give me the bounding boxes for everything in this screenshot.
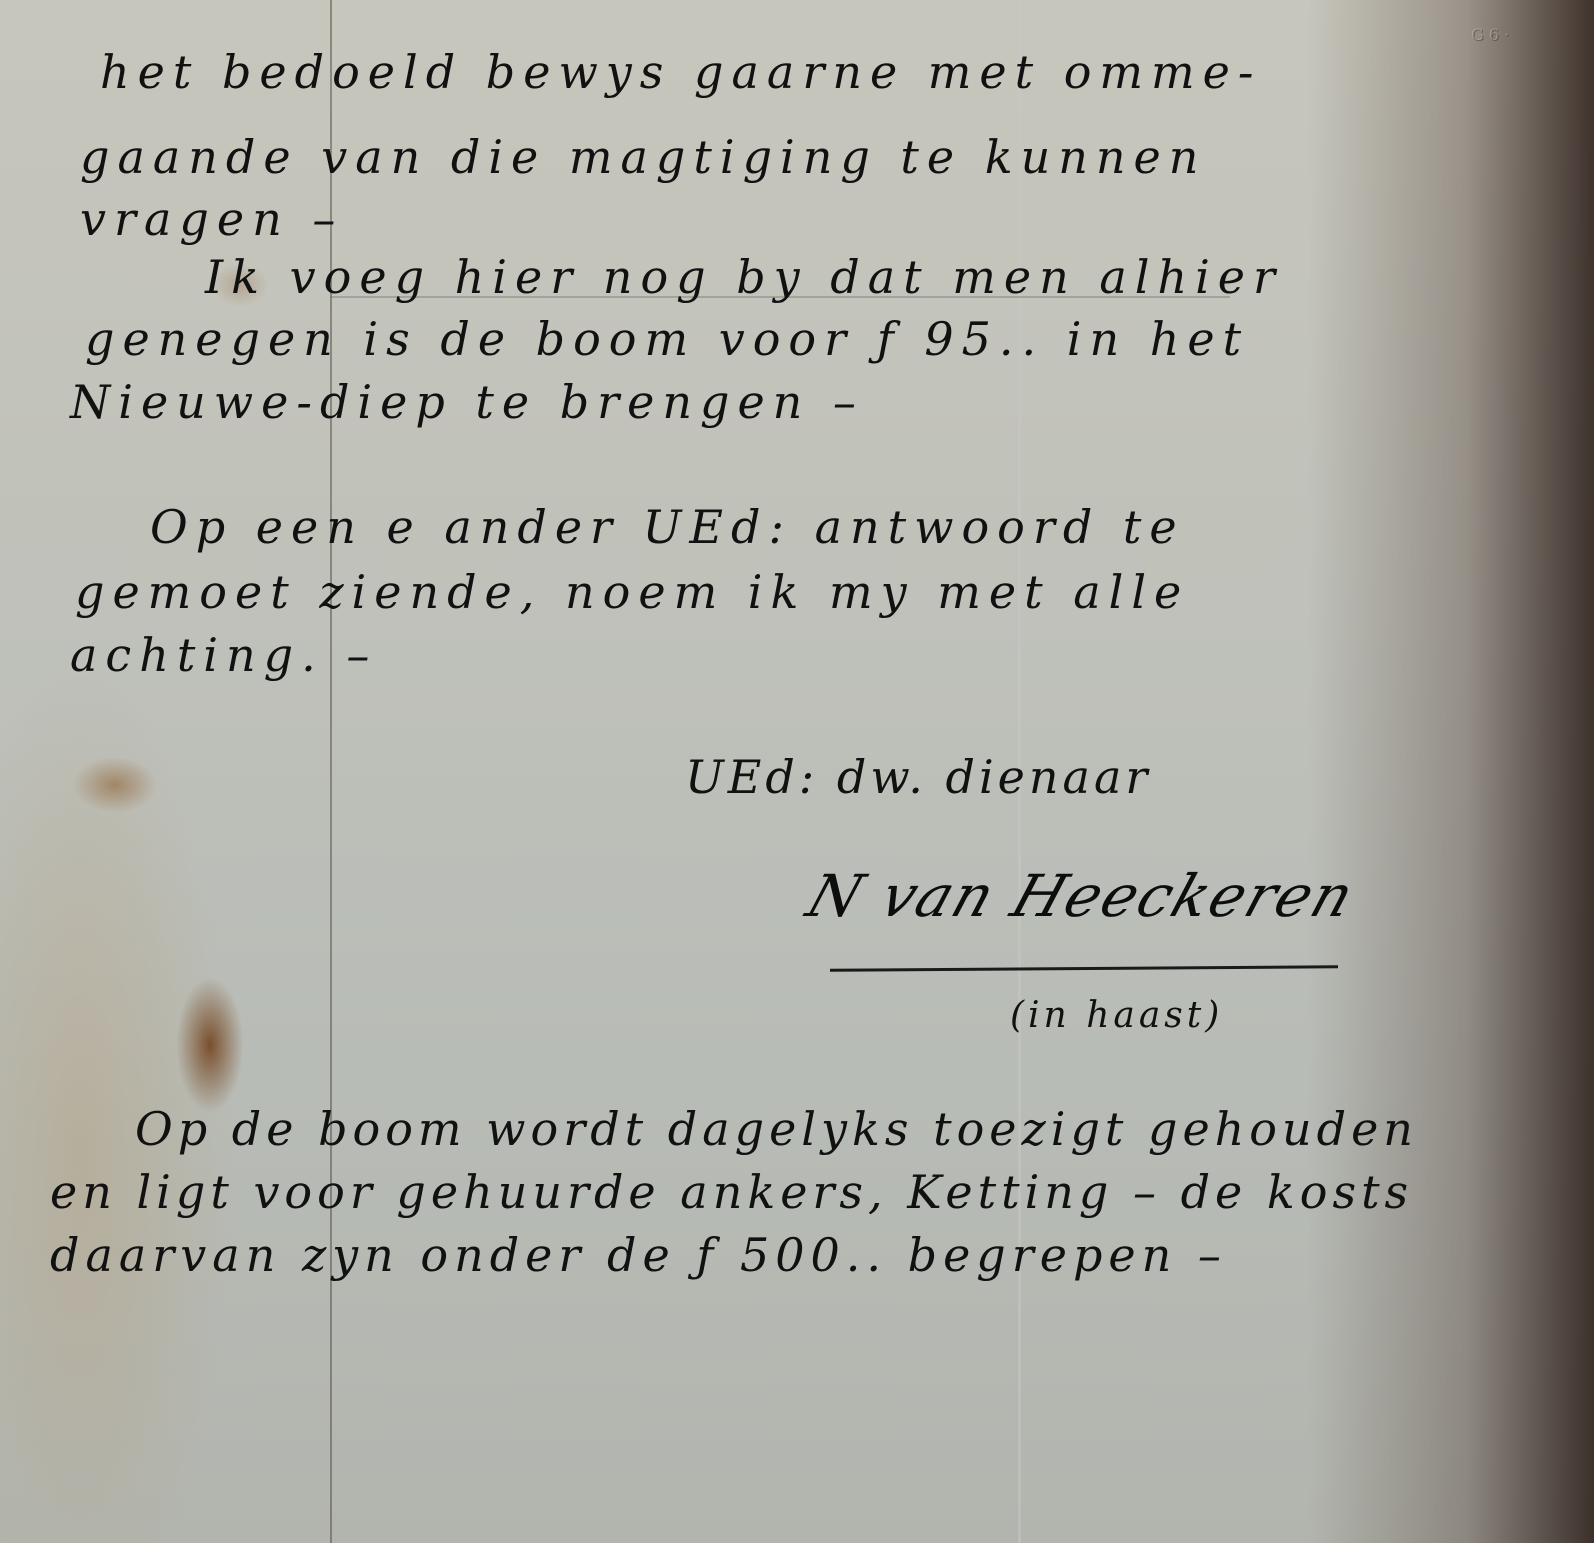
signature-note: (in haast) (1010, 995, 1223, 1036)
body-line-1: het bedoeld bewys gaarne met omme- (100, 45, 1261, 99)
embossed-stamp: G 6 · (1430, 20, 1550, 120)
signature: N van Heeckeren (799, 862, 1364, 930)
body-line-6: Nieuwe-diep te brengen – (70, 375, 864, 429)
body-line-5: genegen is de boom voor ƒ 95.. in het (85, 312, 1249, 366)
body-line-3: vragen – (80, 192, 343, 246)
body-line-7: Op een e ander UEd: antwoord te (150, 500, 1185, 554)
postscript-line-1: Op de boom wordt dagelyks toezigt gehoud… (135, 1102, 1418, 1156)
body-line-4: Ik voeg hier nog by dat men alhier (205, 250, 1283, 304)
body-line-8: gemoet ziende, noem ik my met alle (75, 565, 1189, 619)
postscript-line-3: daarvan zyn onder de ƒ 500.. begrepen – (50, 1228, 1227, 1282)
closing-salutation: UEd: dw. dienaar (685, 750, 1151, 804)
body-line-2: gaande van die magtiging te kunnen (80, 130, 1206, 184)
postscript-line-2: en ligt voor gehuurde ankers, Ketting – … (50, 1165, 1413, 1219)
body-line-9: achting. – (70, 628, 377, 682)
